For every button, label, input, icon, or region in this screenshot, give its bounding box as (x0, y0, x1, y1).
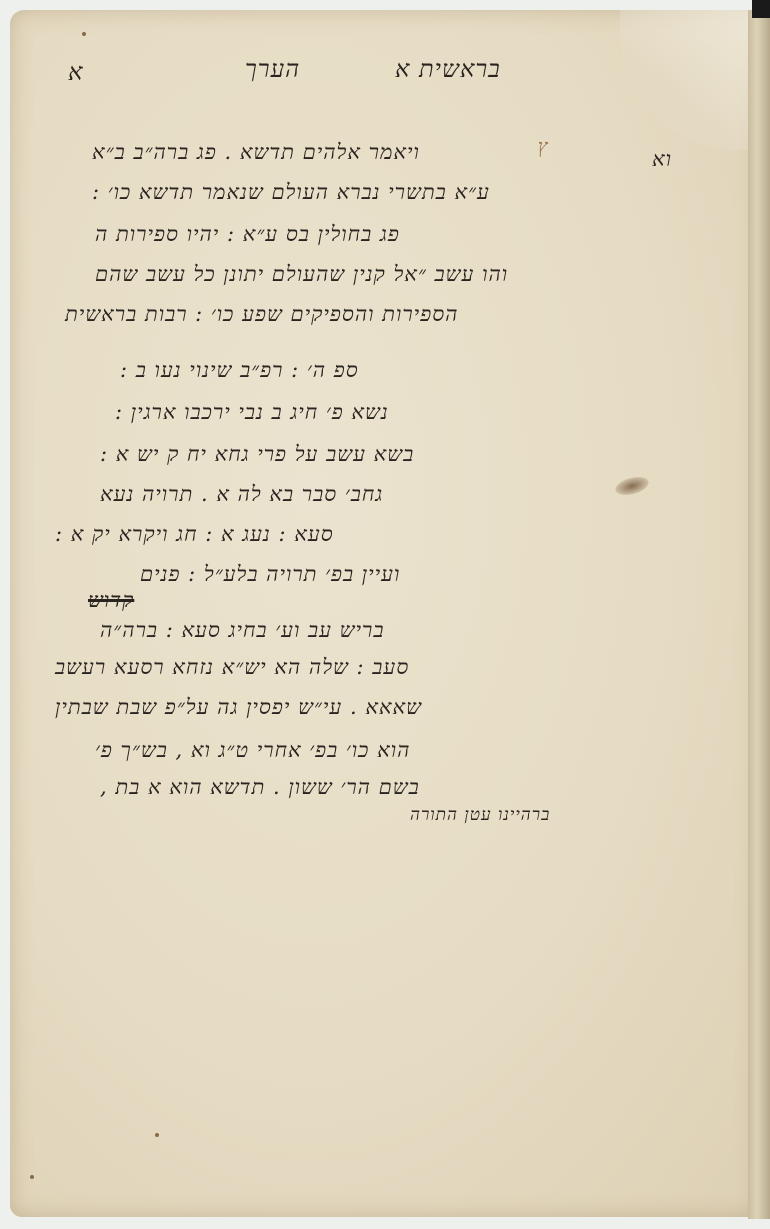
paper-spot (155, 1133, 159, 1137)
text-line-15: הוא כו׳ בפ׳ אחרי ט״ג וא , בש״ך פ׳ (95, 738, 410, 763)
text-line-1: ויאמר אלהים תדשא . פג ברה״ב ב״א (92, 140, 420, 165)
text-line-11: ועיין בפ׳ תרויה בלע״ל : פנים (140, 562, 400, 587)
text-line-12: בריש עב וע׳ בחיג סעא : ברה״ה (100, 618, 385, 643)
text-line-14: שאאא . עי״ש יפסין גה על״פ שבת שבתין (55, 695, 422, 720)
header-title: בראשית א (395, 55, 501, 84)
spine-shadow (752, 0, 770, 18)
text-line-13: סעב : שלה הא יש״א נזחא רסעא רעשב (55, 655, 409, 680)
text-line-16: בשם הר׳ ששון . תדשא הוא א בת , (100, 775, 420, 800)
margin-note: וא (652, 147, 672, 172)
text-line-3: פג בחולין בס ע״א : יהיו ספירות ה (95, 222, 400, 247)
paper-spot (82, 32, 86, 36)
text-line-2: ע״א בתשרי נברא העולם שנאמר תדשא כו׳ : (92, 180, 490, 205)
margin-mark: ץ (538, 134, 548, 159)
text-line-7: נשא פ׳ חיג ב נבי ירכבו ארגין : (115, 400, 389, 425)
paper-spot (30, 1175, 34, 1179)
text-line-8: בשא עשב על פרי גחא יח ק יש א : (100, 442, 414, 467)
text-line-5: הספירות והספיקים שפע כו׳ : רבות בראשית (65, 302, 458, 327)
text-line-4: והו עשב ״אל קנין שהעולם יתונן כל עשב שהם (95, 262, 508, 287)
text-line-6: ספ ה׳ : רפ״ב שינוי נעו ב : (120, 358, 359, 383)
text-line-17: ברהיינו עטן התורה (410, 805, 550, 825)
page-number: א (68, 58, 83, 87)
struck-word: קדוש (88, 588, 134, 613)
book-spine-edge (748, 10, 770, 1219)
text-line-9: גחב׳ סבר בא לה א . תרויה נעא (100, 482, 383, 507)
header-center: הערך (245, 55, 300, 84)
text-line-10: סעא : נעג א : חג ויקרא יק א : (55, 522, 334, 547)
